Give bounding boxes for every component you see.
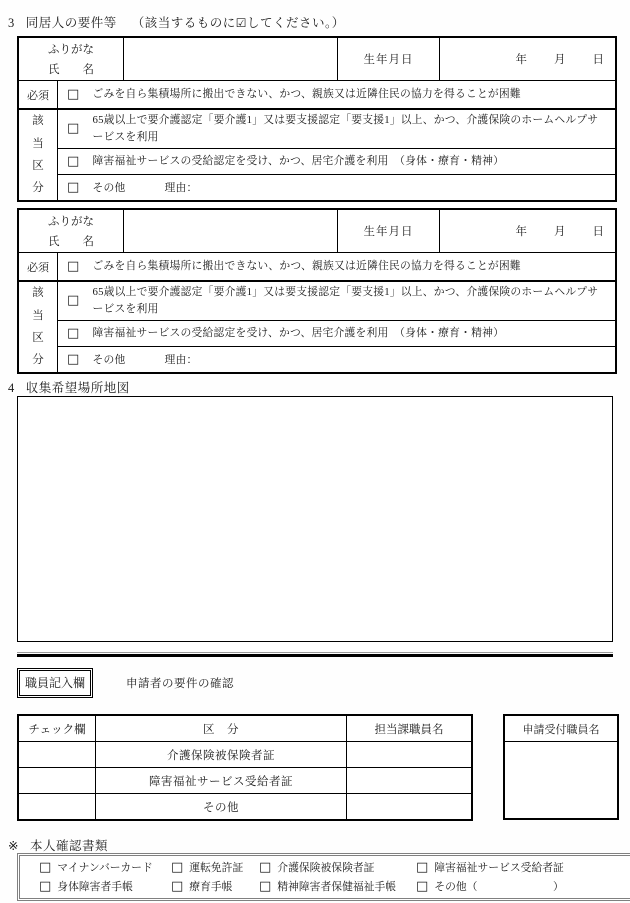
cohabitant-block-2: ふりがな 氏 名 生年月日 年 月 日 必須 □ ごみを自ら集積場所に搬出できな… xyxy=(17,208,617,374)
id-docs-heading: 本人確認書類 xyxy=(30,839,108,853)
dob-label-cell: 生年月日 xyxy=(338,210,440,252)
staff-name-cell[interactable] xyxy=(347,742,471,767)
month-label: 月 xyxy=(554,223,566,239)
reception-staff-label: 申請受付職員名 xyxy=(505,716,617,742)
doc-label: 運転免許証 xyxy=(189,860,243,875)
doc-label: マイナンバーカード xyxy=(57,860,152,875)
doc-item-mynumber: □ マイナンバーカード xyxy=(39,860,171,875)
disability-service-text: 障害福祉サービスの受給認定を受け、かつ、居宅介護を利用 （身体・療育・精神） xyxy=(92,325,609,342)
category-label: 該当区分 xyxy=(32,282,44,372)
category-label: 該当区分 xyxy=(32,110,44,200)
category-row-other: □ その他 理由： xyxy=(58,175,615,200)
required-label: 必須 xyxy=(19,253,58,280)
id-docs-marker: ※ xyxy=(8,839,19,853)
name-header-row: ふりがな 氏 名 生年月日 年 月 日 xyxy=(19,38,615,81)
category-row-care-insurance: □ 65歳以上で要介護認定「要介護1」又は要支援認定「要支援1」以上、かつ、介護… xyxy=(58,282,615,321)
required-text: ごみを自ら集積場所に搬出できない、かつ、親族又は近隣住民の協力を得ることが困難 xyxy=(92,258,609,275)
other-doc-checkbox[interactable]: □ xyxy=(416,880,428,893)
checked-box-icon: ☑ xyxy=(236,16,247,30)
category-row-disability-service: □ 障害福祉サービスの受給認定を受け、かつ、居宅介護を利用 （身体・療育・精神） xyxy=(58,321,615,347)
check-column-header: チェック欄 xyxy=(19,716,96,741)
staff-name-cell[interactable] xyxy=(347,768,471,793)
furigana-label: ふりがな xyxy=(48,41,94,57)
name-label-cell: ふりがな 氏 名 xyxy=(19,210,124,252)
disability-service-text: 障害福祉サービスの受給認定を受け、かつ、居宅介護を利用 （身体・療育・精神） xyxy=(92,153,609,170)
section3-instruction-suffix: してください。） xyxy=(247,16,345,30)
doc-item-rehabilitation-book: □ 療育手帳 xyxy=(171,879,259,894)
check-cell[interactable] xyxy=(19,768,96,793)
staff-entry-subtitle: 申請者の要件の確認 xyxy=(126,675,234,691)
category-column-header: 区 分 xyxy=(96,716,347,741)
section3-number: 3 xyxy=(8,16,15,30)
name-field[interactable] xyxy=(124,38,338,80)
year-label: 年 xyxy=(516,51,528,67)
care-insurance-text: 65歳以上で要介護認定「要介護1」又は要支援認定「要支援1」以上、かつ、介護保険… xyxy=(92,112,609,147)
section3-heading: 同居人の要件等 xyxy=(26,16,117,30)
section4-title: 4収集希望場所地図 xyxy=(8,378,130,396)
care-insurance-checkbox[interactable]: □ xyxy=(67,122,79,135)
required-row: 必須 □ ごみを自ら集積場所に搬出できない、かつ、親族又は近隣住民の協力を得るこ… xyxy=(19,81,615,110)
dob-field[interactable]: 年 月 日 xyxy=(440,38,615,80)
month-label: 月 xyxy=(554,51,566,67)
required-text: ごみを自ら集積場所に搬出できない、かつ、親族又は近隣住民の協力を得ることが困難 xyxy=(92,86,609,103)
requirement-check-table: チェック欄 区 分 担当課職員名 介護保険被保険者証 障害福祉サービス受給者証 … xyxy=(17,714,473,821)
id-docs-title: ※本人確認書類 xyxy=(8,836,108,854)
staff-name-cell[interactable] xyxy=(347,794,471,819)
disability-service-checkbox[interactable]: □ xyxy=(67,327,79,340)
section3-instruction-prefix: （該当するものに xyxy=(132,16,236,30)
care-insurance-text: 65歳以上で要介護認定「要介護1」又は要支援認定「要支援1」以上、かつ、介護保険… xyxy=(92,284,609,319)
physical-disability-book-checkbox[interactable]: □ xyxy=(39,880,51,893)
doc-item-care-insurance-card: □ 介護保険被保険者証 xyxy=(259,860,416,875)
required-label: 必須 xyxy=(19,81,58,108)
name-header-row: ふりがな 氏 名 生年月日 年 月 日 xyxy=(19,210,615,253)
id-docs-box: □ マイナンバーカード □ 運転免許証 □ 介護保険被保険者証 □ 障害福祉サー… xyxy=(17,853,630,901)
dob-label-cell: 生年月日 xyxy=(338,38,440,80)
doc-label: その他（ ） xyxy=(434,879,564,894)
section3-title: 3同居人の要件等（該当するものに☑してください。） xyxy=(8,13,345,31)
other-checkbox[interactable]: □ xyxy=(67,353,79,366)
disability-service-card-checkbox[interactable]: □ xyxy=(416,861,428,874)
table-row: その他 xyxy=(19,794,471,819)
table-row: 障害福祉サービス受給者証 xyxy=(19,768,471,794)
category-row-care-insurance: □ 65歳以上で要介護認定「要介護1」又は要支援認定「要支援1」以上、かつ、介護… xyxy=(58,110,615,149)
doc-label: 精神障害者保健福祉手帳 xyxy=(277,879,396,894)
doc-label: 障害福祉サービス受給者証 xyxy=(434,860,564,875)
category-row-other: □ その他 理由： xyxy=(58,347,615,372)
category-label-cell: 該当区分 xyxy=(19,282,58,372)
doc-label: 療育手帳 xyxy=(189,879,232,894)
category-label-cell: 該当区分 xyxy=(19,110,58,200)
name-label-cell: ふりがな 氏 名 xyxy=(19,38,124,80)
category-row-disability-service: □ 障害福祉サービスの受給認定を受け、かつ、居宅介護を利用 （身体・療育・精神） xyxy=(58,149,615,175)
care-insurance-card-checkbox[interactable]: □ xyxy=(259,861,271,874)
reason-label: 理由： xyxy=(164,180,197,195)
check-cell[interactable] xyxy=(19,794,96,819)
required-checkbox[interactable]: □ xyxy=(67,260,79,273)
dob-field[interactable]: 年 月 日 xyxy=(440,210,615,252)
furigana-label: ふりがな xyxy=(48,213,94,229)
name-field[interactable] xyxy=(124,210,338,252)
reception-staff-name-field[interactable] xyxy=(505,742,617,817)
year-label: 年 xyxy=(516,223,528,239)
doc-item-drivers-license: □ 運転免許証 xyxy=(171,860,259,875)
section-divider-rule xyxy=(17,652,613,657)
mynumber-checkbox[interactable]: □ xyxy=(39,861,51,874)
doc-item-other: □ その他（ ） xyxy=(416,879,630,894)
table-header-row: チェック欄 区 分 担当課職員名 xyxy=(19,716,471,742)
mental-disability-book-checkbox[interactable]: □ xyxy=(259,880,271,893)
category-section: 該当区分 □ 65歳以上で要介護認定「要介護1」又は要支援認定「要支援1」以上、… xyxy=(19,282,615,372)
required-row: 必須 □ ごみを自ら集積場所に搬出できない、かつ、親族又は近隣住民の協力を得るこ… xyxy=(19,253,615,282)
reason-label: 理由： xyxy=(164,352,197,367)
other-label: その他 xyxy=(92,180,125,195)
drivers-license-checkbox[interactable]: □ xyxy=(171,861,183,874)
day-label: 日 xyxy=(593,51,605,67)
check-cell[interactable] xyxy=(19,742,96,767)
disability-service-checkbox[interactable]: □ xyxy=(67,155,79,168)
doc-item-mental-disability-book: □ 精神障害者保健福祉手帳 xyxy=(259,879,416,894)
day-label: 日 xyxy=(593,223,605,239)
section4-number: 4 xyxy=(8,381,15,395)
category-cell: その他 xyxy=(96,794,347,819)
doc-label: 身体障害者手帳 xyxy=(57,879,133,894)
table-row: 介護保険被保険者証 xyxy=(19,742,471,768)
required-checkbox[interactable]: □ xyxy=(67,88,79,101)
rehabilitation-book-checkbox[interactable]: □ xyxy=(171,880,183,893)
other-label: その他 xyxy=(92,352,125,367)
staff-entry-label: 職員記入欄 xyxy=(17,668,93,698)
staff-column-header: 担当課職員名 xyxy=(347,716,471,741)
reception-staff-box: 申請受付職員名 xyxy=(503,714,619,820)
dob-label: 生年月日 xyxy=(364,223,414,239)
category-section: 該当区分 □ 65歳以上で要介護認定「要介護1」又は要支援認定「要支援1」以上、… xyxy=(19,110,615,200)
collection-place-map-box[interactable] xyxy=(17,396,613,642)
dob-label: 生年月日 xyxy=(364,51,414,67)
care-insurance-checkbox[interactable]: □ xyxy=(67,294,79,307)
form-page: 3同居人の要件等（該当するものに☑してください。） ふりがな 氏 名 生年月日 … xyxy=(0,0,630,903)
doc-item-disability-service-card: □ 障害福祉サービス受給者証 xyxy=(416,860,630,875)
doc-label: 介護保険被保険者証 xyxy=(277,860,374,875)
cohabitant-block-1: ふりがな 氏 名 生年月日 年 月 日 必須 □ ごみを自ら集積場所に搬出できな… xyxy=(17,36,617,202)
reason-field[interactable] xyxy=(210,175,609,200)
name-label: 氏 名 xyxy=(48,61,94,77)
doc-item-physical-disability-book: □ 身体障害者手帳 xyxy=(39,879,171,894)
reason-field[interactable] xyxy=(210,347,609,372)
other-checkbox[interactable]: □ xyxy=(67,181,79,194)
category-cell: 介護保険被保険者証 xyxy=(96,742,347,767)
section4-heading: 収集希望場所地図 xyxy=(26,381,130,395)
name-label: 氏 名 xyxy=(48,233,94,249)
category-cell: 障害福祉サービス受給者証 xyxy=(96,768,347,793)
